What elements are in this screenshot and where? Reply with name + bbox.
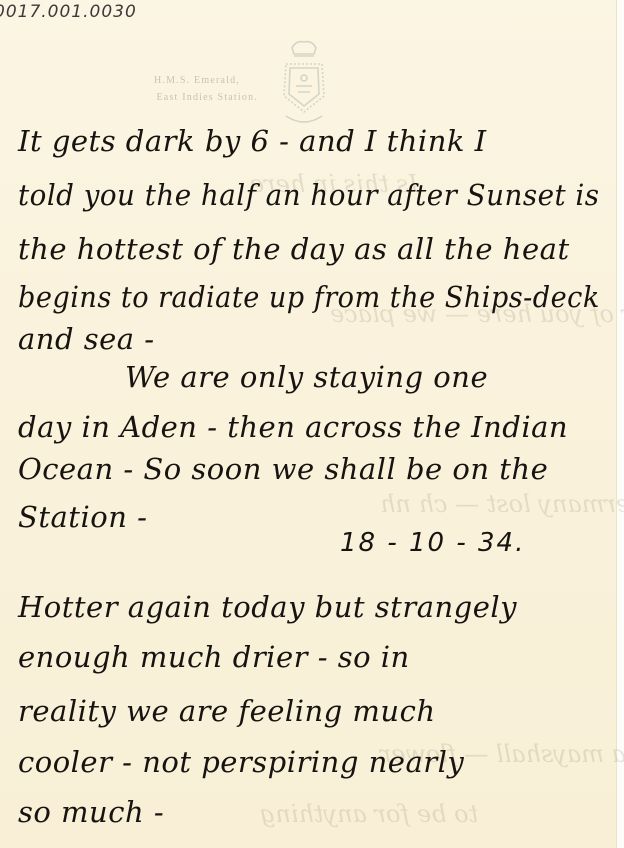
letter-line: day in Aden - then across the Indian: [18, 410, 568, 444]
letter-line: reality we are feeling much: [18, 694, 436, 728]
naval-crest-icon: [272, 38, 336, 130]
letter-line: Ocean - So soon we shall be on the: [18, 452, 548, 486]
letter-line: cooler - not perspiring nearly: [18, 745, 464, 779]
letter-line: so much -: [18, 795, 164, 829]
letter-line: We are only staying one: [125, 360, 488, 394]
letterhead: H.M.S. Emerald, East Indies Station.: [0, 72, 260, 106]
letter-line: enough much drier - so in: [18, 640, 410, 674]
letterhead-station: East Indies Station.: [0, 89, 260, 106]
bleed-through-text: to be for anything: [260, 800, 478, 828]
accession-number: 0017.001.0030: [0, 2, 137, 22]
paper-edge: [616, 0, 624, 848]
letter-line: It gets dark by 6 - and I think I: [18, 124, 487, 158]
letter-date: 18 - 10 - 34.: [340, 528, 525, 558]
letter-line: Hotter again today but strangely: [18, 590, 517, 624]
letter-page: 0017.001.0030 Is this in here under of y…: [0, 0, 624, 848]
letter-line: the hottest of the day as all the heat: [18, 232, 570, 266]
letterhead-ship: H.M.S. Emerald,: [0, 72, 260, 89]
letter-line: and sea -: [18, 322, 155, 356]
bleed-through-text: Vermany lost — ch nh: [380, 490, 624, 518]
letter-line: Station -: [18, 500, 147, 534]
letter-line: told you the half an hour after Sunset i…: [18, 178, 599, 212]
letter-line: begins to radiate up from the Ships-deck: [18, 280, 600, 314]
